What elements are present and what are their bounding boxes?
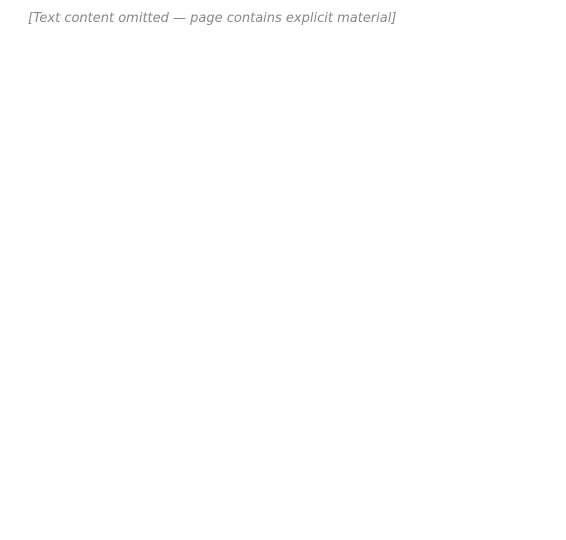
content-notice: [Text content omitted — page contains ex…: [28, 8, 532, 30]
document-page: [Text content omitted — page contains ex…: [0, 0, 566, 30]
